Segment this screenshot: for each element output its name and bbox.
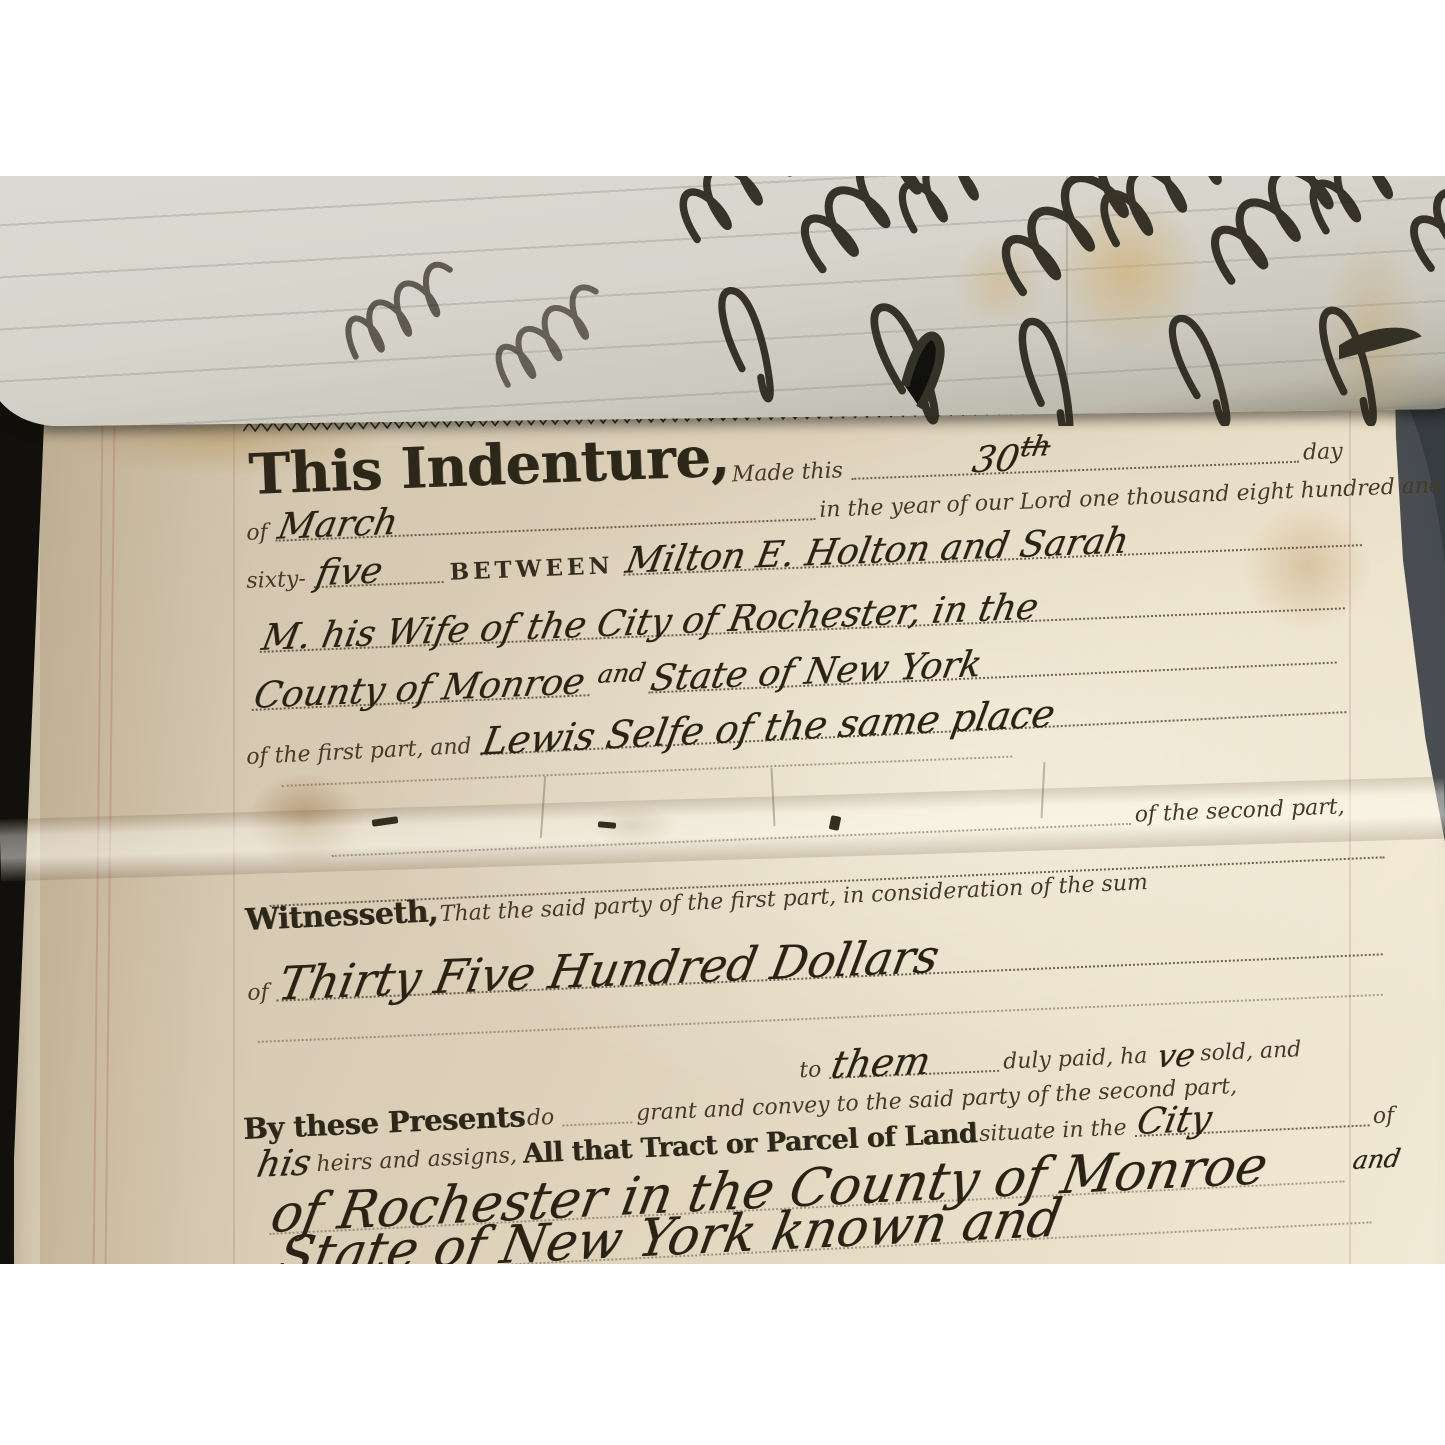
- his-value: his: [250, 1149, 317, 1183]
- and-raised-2: and: [1347, 1147, 1406, 1171]
- month-value: March: [272, 508, 405, 544]
- document-photo: This Indenture, Made this 30th day of Ma…: [0, 176, 1445, 1264]
- year-value: five: [310, 557, 389, 591]
- rule: County of Monroe: [250, 664, 589, 711]
- city-rule: City: [1133, 1094, 1369, 1137]
- city-value: City: [1131, 1105, 1218, 1140]
- and-raised: and: [592, 661, 651, 685]
- of-label: of: [244, 520, 274, 548]
- year-rule: five: [313, 550, 444, 588]
- year-prefix-label: sixty-: [244, 566, 312, 596]
- page: { "colors":{"background_dark":"#14120d",…: [0, 0, 1445, 1445]
- cursive-handwriting-overlay: [0, 176, 1445, 426]
- of-label-3: of: [1370, 1103, 1401, 1131]
